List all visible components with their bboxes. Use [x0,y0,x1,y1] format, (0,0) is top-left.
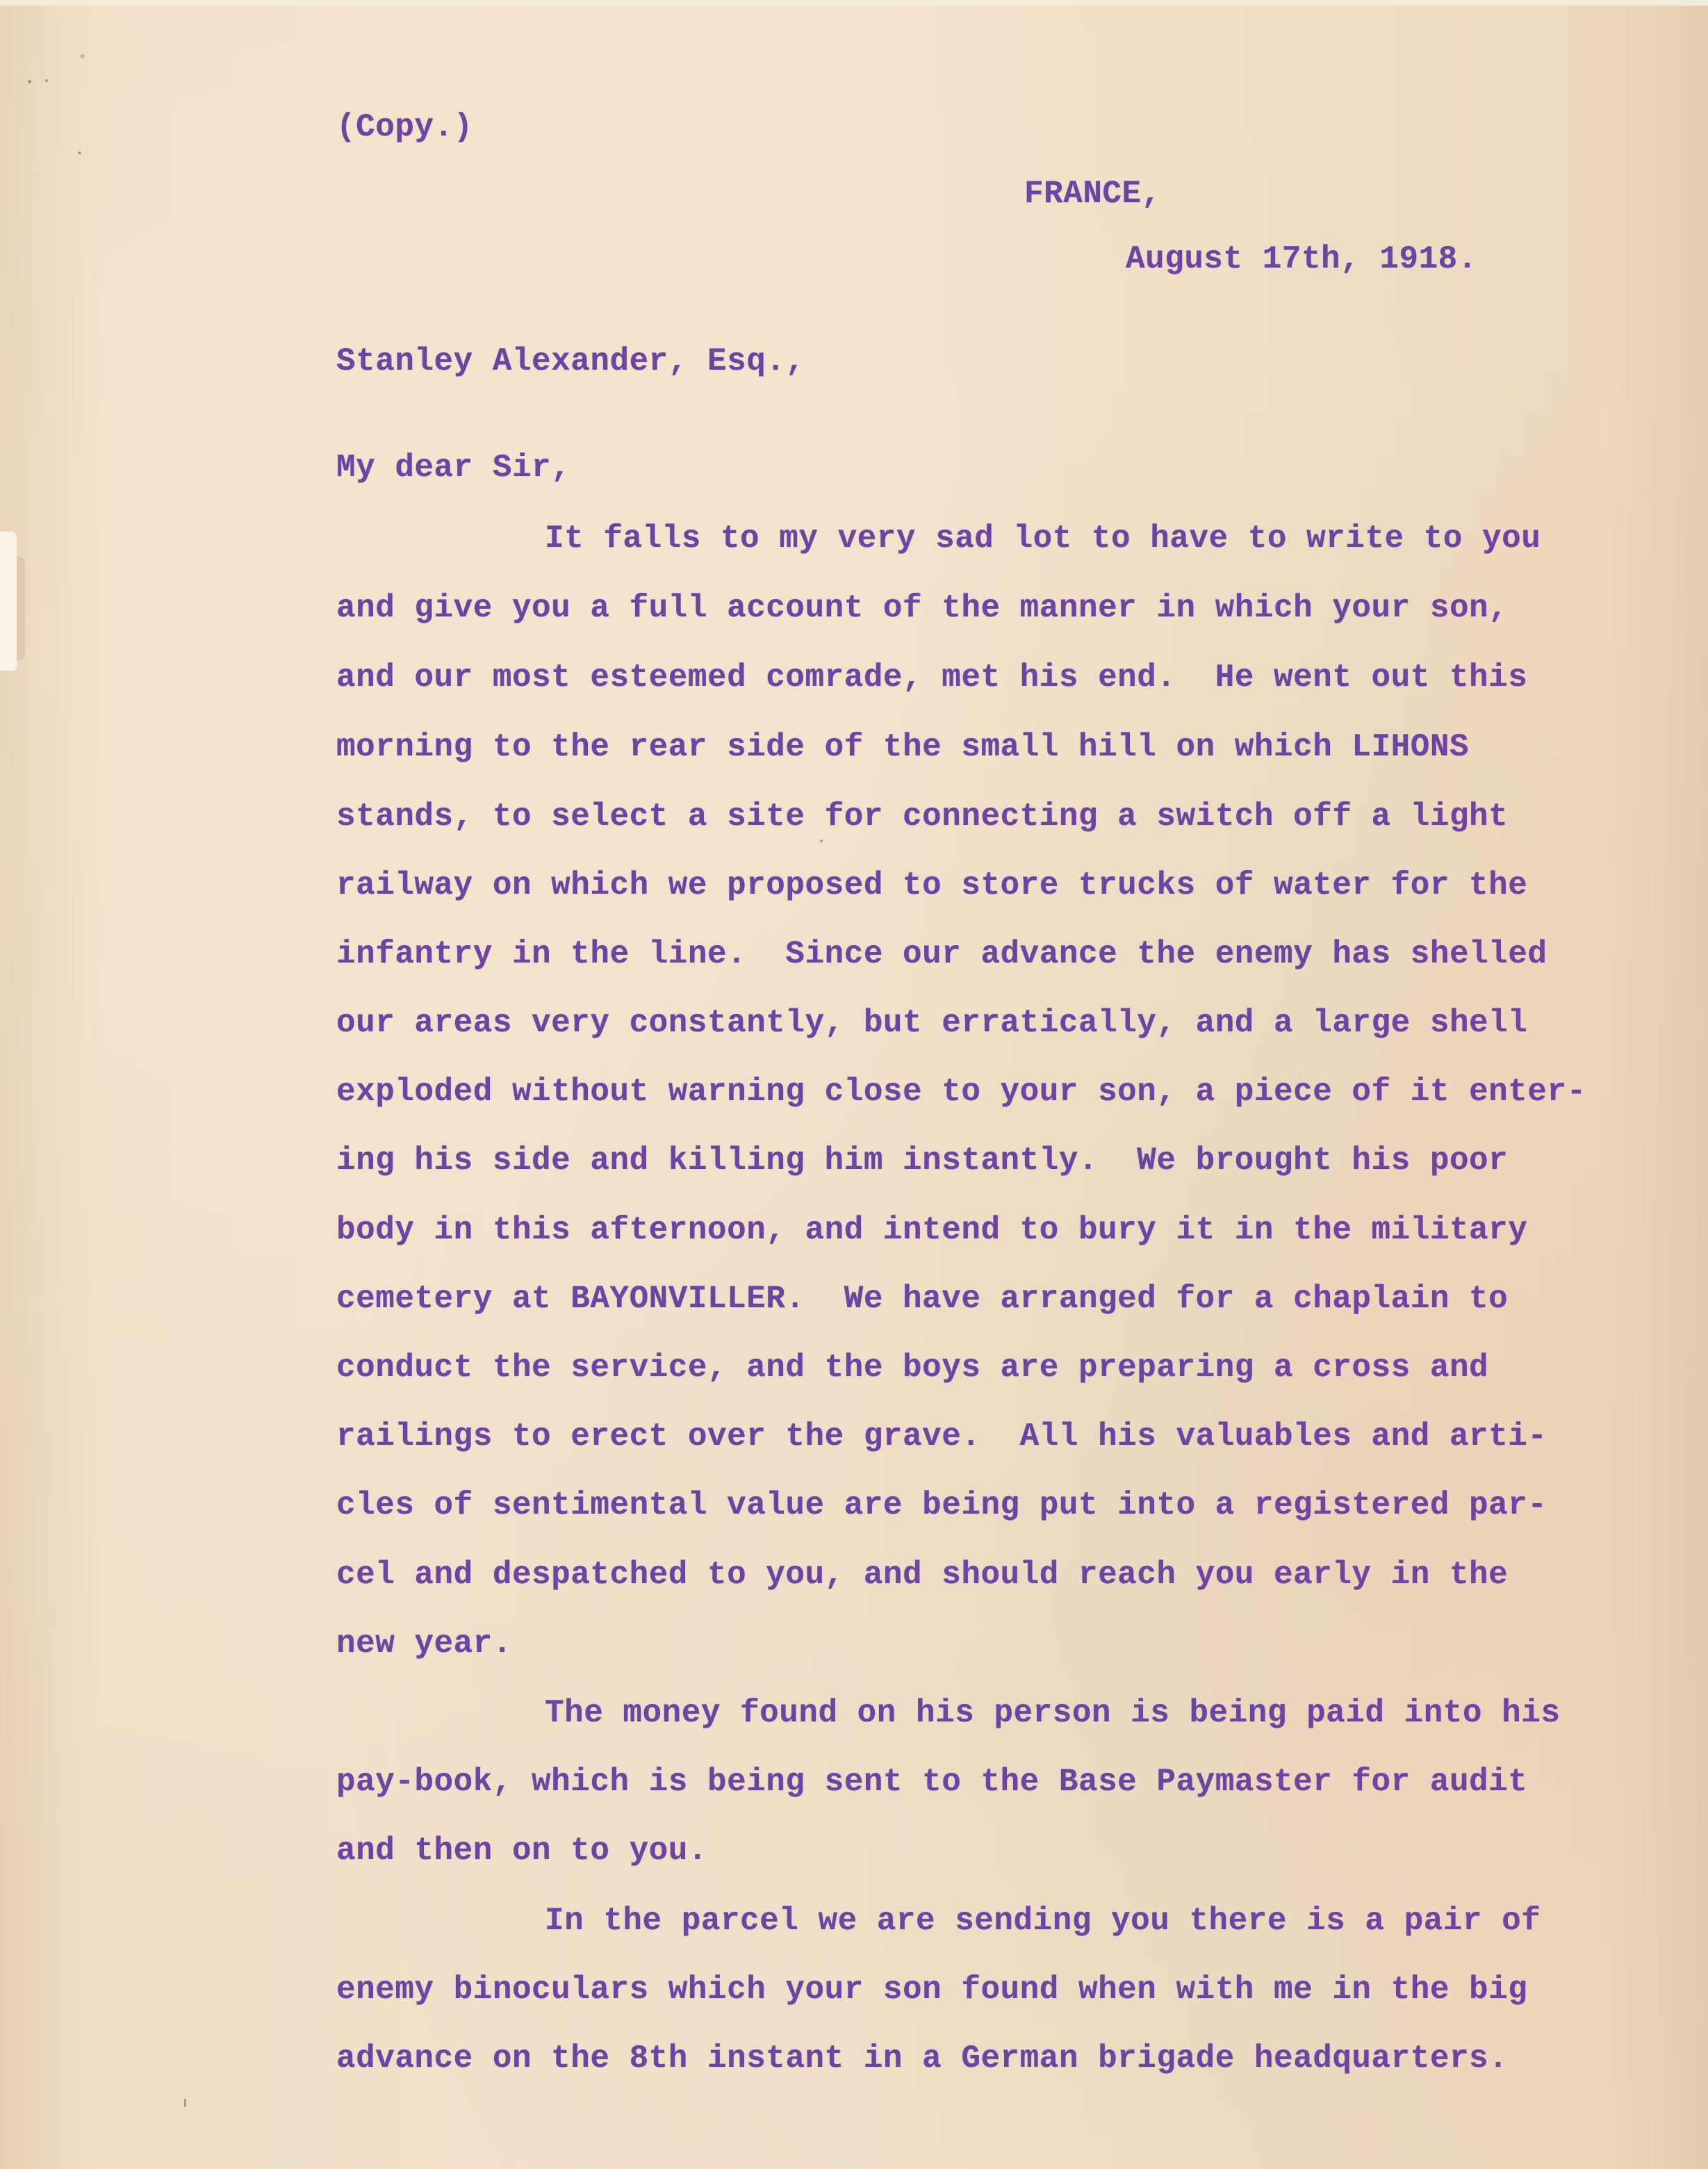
body-line: body in this afternoon, and intend to bu… [336,1214,1527,1246]
paper-speck [28,80,31,83]
paper-speck [78,152,81,154]
body-line: and give you a full account of the manne… [336,592,1508,624]
body-line: cel and despatched to you, and should re… [336,1559,1508,1591]
place-line: FRANCE, [1024,178,1161,210]
body-line: advance on the 8th instant in a German b… [336,2043,1508,2074]
body-line: and then on to you. [336,1835,707,1867]
body-line: In the parcel we are sending you there i… [545,1905,1541,1937]
body-line: morning to the rear side of the small hi… [336,731,1469,763]
body-line: railings to erect over the grave. All hi… [336,1421,1547,1452]
torn-edge [0,532,17,671]
body-line: The money found on his person is being p… [545,1697,1560,1729]
date-line: August 17th, 1918. [1126,243,1477,275]
body-line: infantry in the line. Since our advance … [336,938,1547,970]
body-line: our areas very constantly, but erratical… [336,1007,1527,1039]
body-line: and our most esteemed comrade, met his e… [336,662,1527,694]
body-line: conduct the service, and the boys are pr… [336,1352,1488,1384]
copy-mark: (Copy.) [336,111,473,143]
body-line: railway on which we proposed to store tr… [336,869,1527,901]
letter-page: (Copy.) FRANCE, August 17th, 1918. Stanl… [0,0,1708,2169]
body-line: stands, to select a site for connecting … [336,801,1508,833]
body-line: cemetery at BAYONVILLER. We have arrange… [336,1283,1508,1315]
body-line: pay-book, which is being sent to the Bas… [336,1766,1527,1798]
paper-speck [820,840,823,842]
paper-speck [80,54,85,58]
salutation: My dear Sir, [336,452,570,484]
recipient-line: Stanley Alexander, Esq., [336,345,805,377]
paper-speck [45,79,48,82]
body-line: new year. [336,1628,512,1660]
body-line: ing his side and killing him instantly. … [336,1145,1508,1177]
body-line: exploded without warning close to your s… [336,1076,1586,1108]
paper-speck [184,2099,186,2107]
torn-edge-shadow [17,556,25,660]
body-line: enemy binoculars which your son found wh… [336,1974,1527,2006]
body-line: cles of sentimental value are being put … [336,1489,1547,1521]
body-line: It falls to my very sad lot to have to w… [545,523,1541,555]
